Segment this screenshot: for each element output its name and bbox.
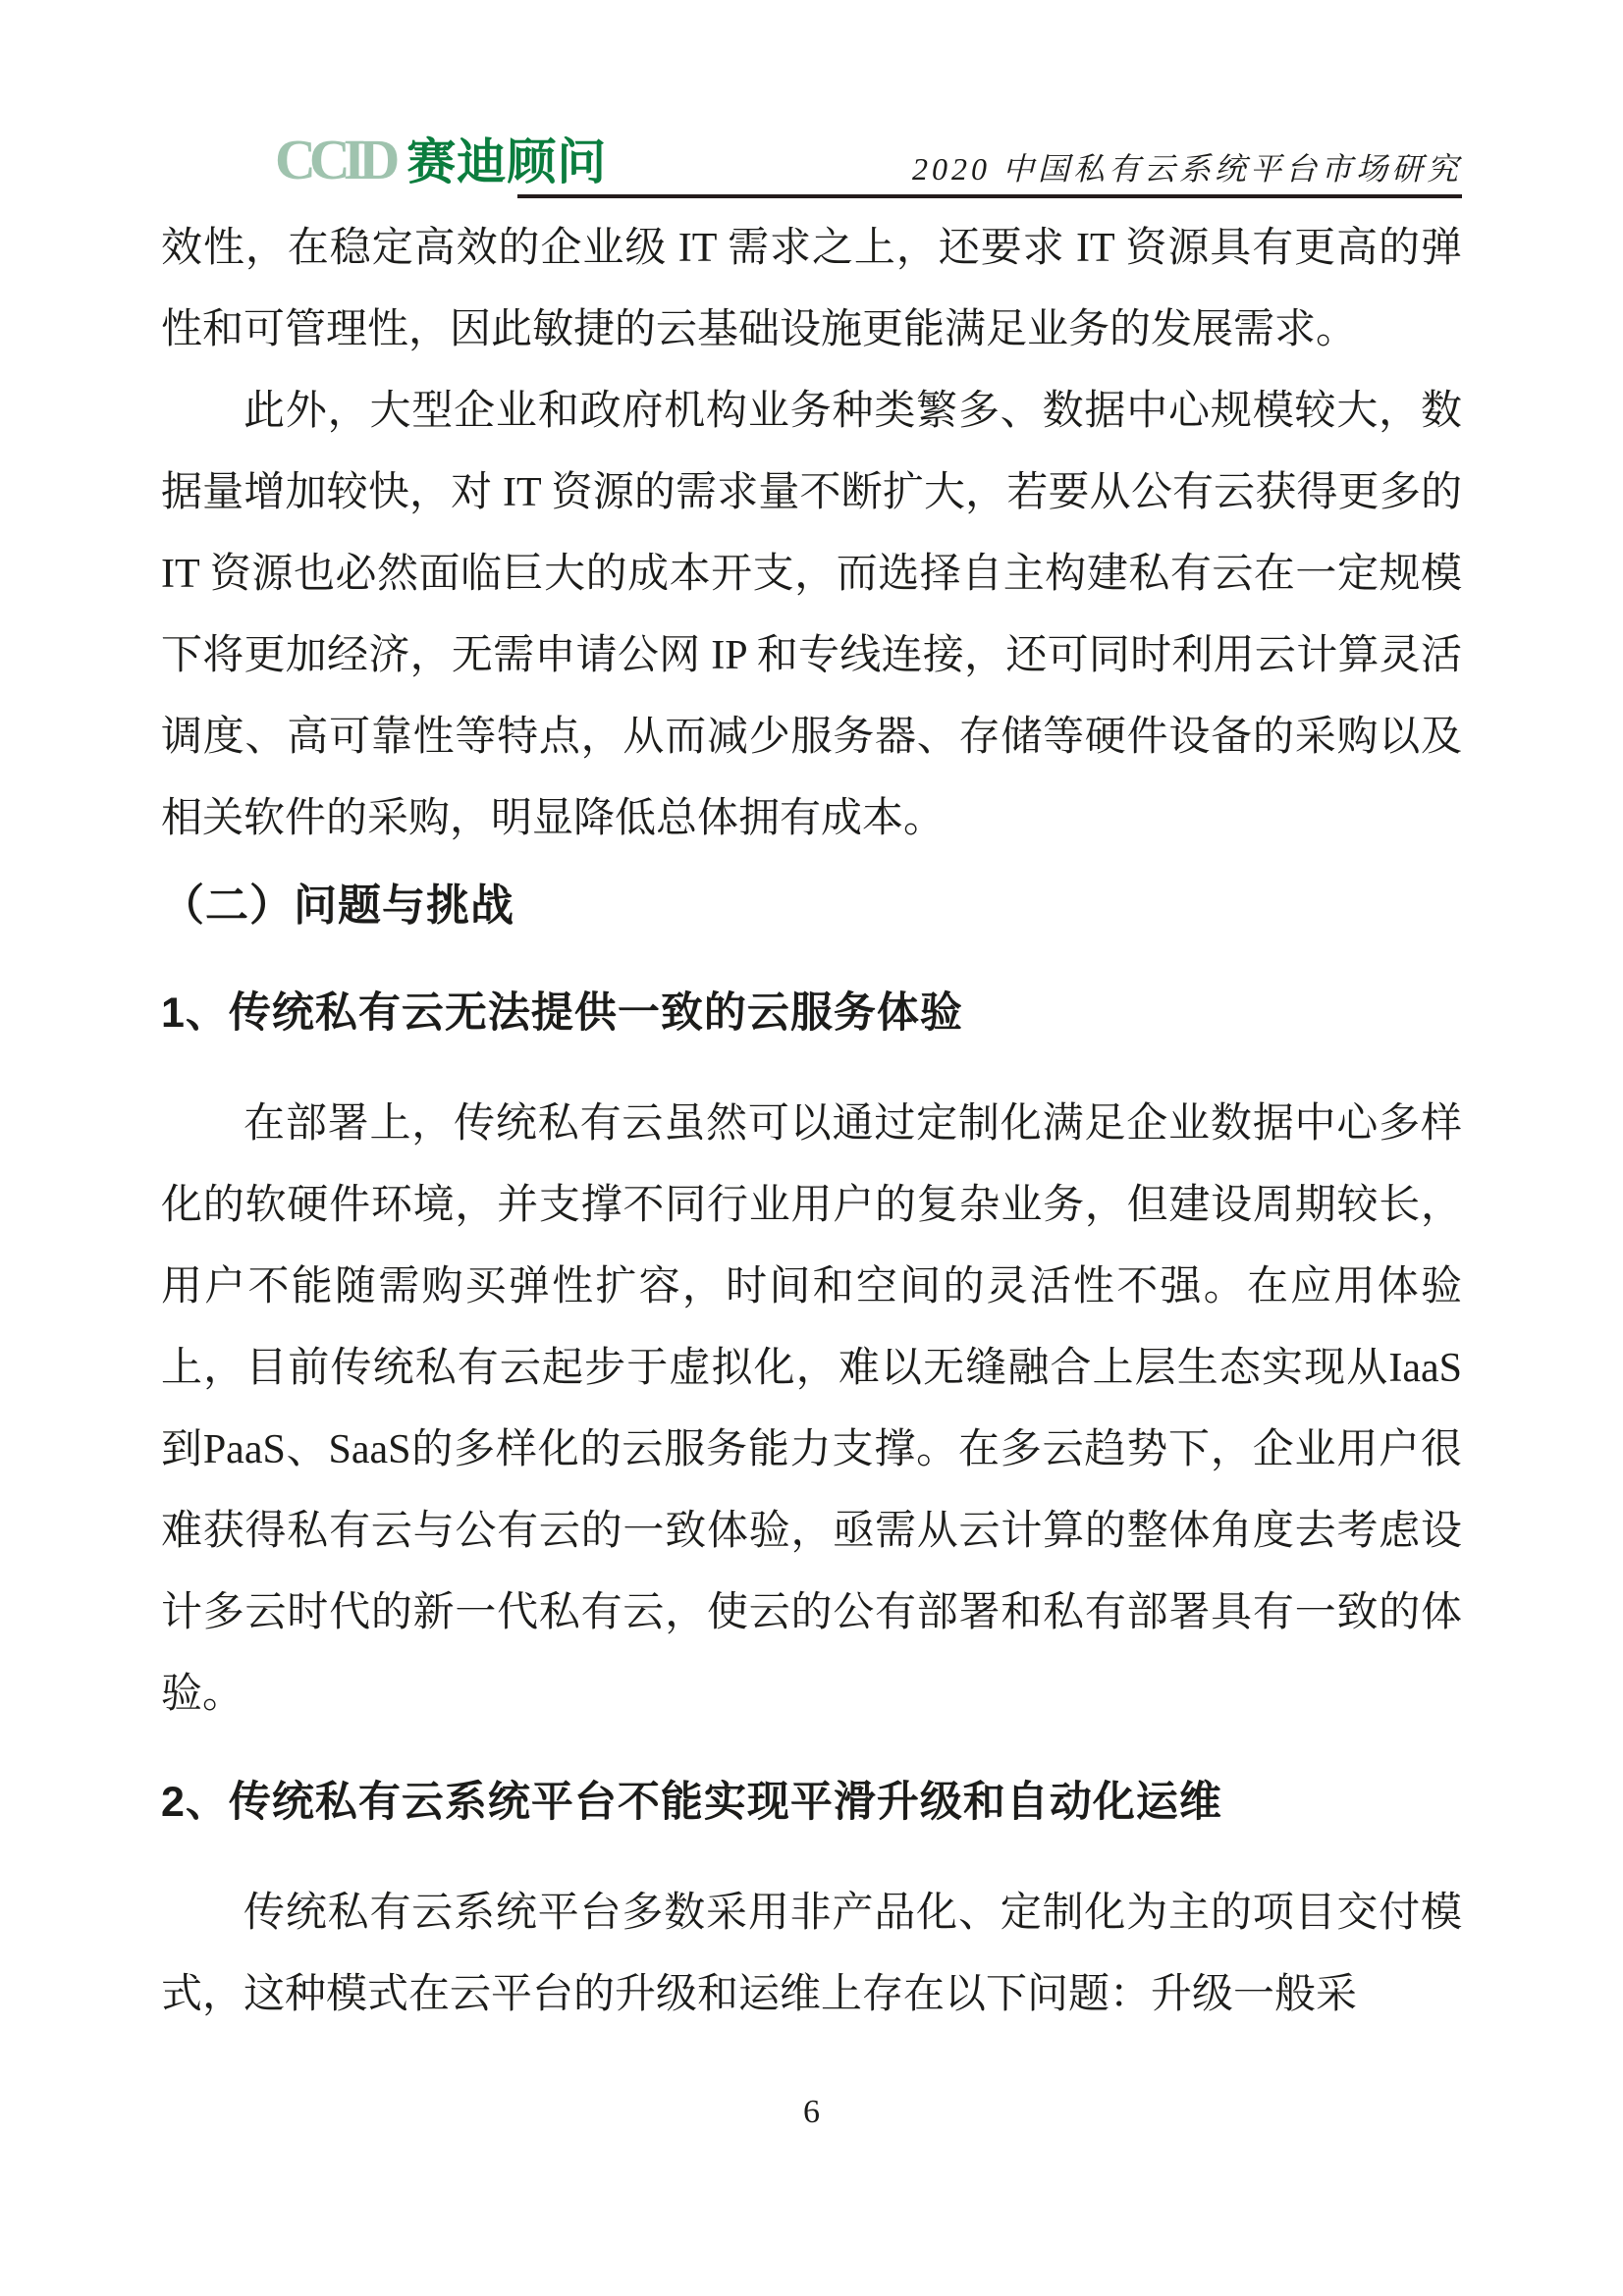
section-heading-problems-challenges: （二）问题与挑战 <box>161 865 1462 946</box>
subsection-heading-issue-2: 2、传统私有云系统平台不能实现平滑升级和自动化运维 <box>161 1762 1462 1843</box>
paragraph-issue-2-partial: 传统私有云系统平台多数采用非产品化、定制化为主的项目交付模式，这种模式在云平台的… <box>161 1873 1462 2036</box>
header-report-title: 2020 中国私有云系统平台市场研究 <box>912 144 1462 189</box>
ccid-logo: CCID赛迪顾问 <box>275 132 607 188</box>
logo-company-name: 赛迪顾问 <box>406 134 607 189</box>
page-number: 6 <box>803 2094 820 2130</box>
logo-ccid-text: CCID <box>275 128 393 191</box>
paragraph-issue-1: 在部署上，传统私有云虽然可以通过定制化满足企业数据中心多样化的软硬件环境，并支撑… <box>161 1084 1462 1735</box>
page-header: CCID赛迪顾问 2020 中国私有云系统平台市场研究 <box>161 0 1462 198</box>
page-footer: 6 <box>0 2094 1623 2131</box>
paragraph-additionally: 此外，大型企业和政府机构业务种类繁多、数据中心规模较大，数据量增加较快，对 IT… <box>161 371 1462 860</box>
header-rule <box>517 194 1462 198</box>
document-body: 效性，在稳定高效的企业级 IT 需求之上，还要求 IT 资源具有更高的弹性和可管… <box>161 208 1462 2036</box>
subsection-heading-issue-1: 1、传统私有云无法提供一致的云服务体验 <box>161 973 1462 1054</box>
document-page: CCID赛迪顾问 2020 中国私有云系统平台市场研究 效性，在稳定高效的企业级… <box>0 0 1623 2296</box>
paragraph-intro-continued: 效性，在稳定高效的企业级 IT 需求之上，还要求 IT 资源具有更高的弹性和可管… <box>161 208 1462 371</box>
